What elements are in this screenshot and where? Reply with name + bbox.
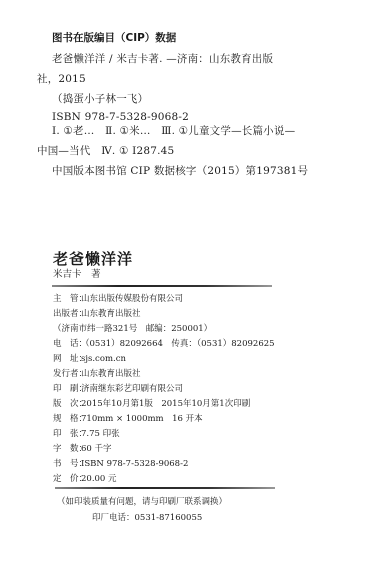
info-row: 字 数：60 千字 — [53, 442, 112, 454]
cip-line-2: 社，2015 — [37, 71, 86, 86]
top-divider — [52, 285, 272, 287]
bottom-divider — [55, 487, 275, 489]
info-row: 规 格：710mm × 1000mm 16 开本 — [53, 412, 203, 424]
info-row: 印 张：7.75 印张 — [53, 427, 120, 439]
cip-line-5: Ⅰ. ①老… Ⅱ. ①米… Ⅲ. ①儿童文学—长篇小说— — [52, 123, 295, 138]
info-row: 版 次：2015年10月第1版 2015年10月第1次印刷 — [53, 397, 250, 409]
info-row: 印 刷：济南继东彩艺印刷有限公司 — [53, 382, 183, 394]
printer-phone: 印厂电话：0531-87160055 — [92, 511, 202, 523]
cip-heading: 图书在版编目（CIP）数据 — [52, 30, 176, 45]
info-row: 发行者：山东教育出版社 — [53, 367, 141, 379]
info-row: 书 号：ISBN 978-7-5328-9068-2 — [53, 457, 188, 469]
info-row: 主 管：山东出版传媒股份有限公司 — [53, 292, 183, 304]
info-row: 网 址：sjs.com.cn — [53, 352, 126, 364]
quality-notice: （如印装质量有问题，请与印刷厂联系调换） — [57, 495, 227, 507]
info-row: 定 价：20.00 元 — [53, 472, 117, 484]
cip-line-3: （捣蛋小子林一飞） — [52, 91, 148, 106]
info-row: （济南市纬一路321号 邮编：250001） — [53, 322, 212, 334]
cip-line-1: 老爸懒洋洋 / 米吉卡著. —济南：山东教育出版 — [52, 51, 273, 66]
cip-line-4: ISBN 978-7-5328-9068-2 — [52, 111, 189, 123]
info-row: 出版者：山东教育出版社 — [53, 307, 141, 319]
cip-line-6: 中国—当代 Ⅳ. ① I287.45 — [37, 143, 174, 158]
book-author: 米吉卡 著 — [53, 266, 101, 280]
cip-line-7: 中国版本图书馆 CIP 数据核字（2015）第197381号 — [52, 163, 308, 178]
info-row: 电 话：（0531）82092664 传真：（0531）82092625 — [53, 337, 275, 349]
